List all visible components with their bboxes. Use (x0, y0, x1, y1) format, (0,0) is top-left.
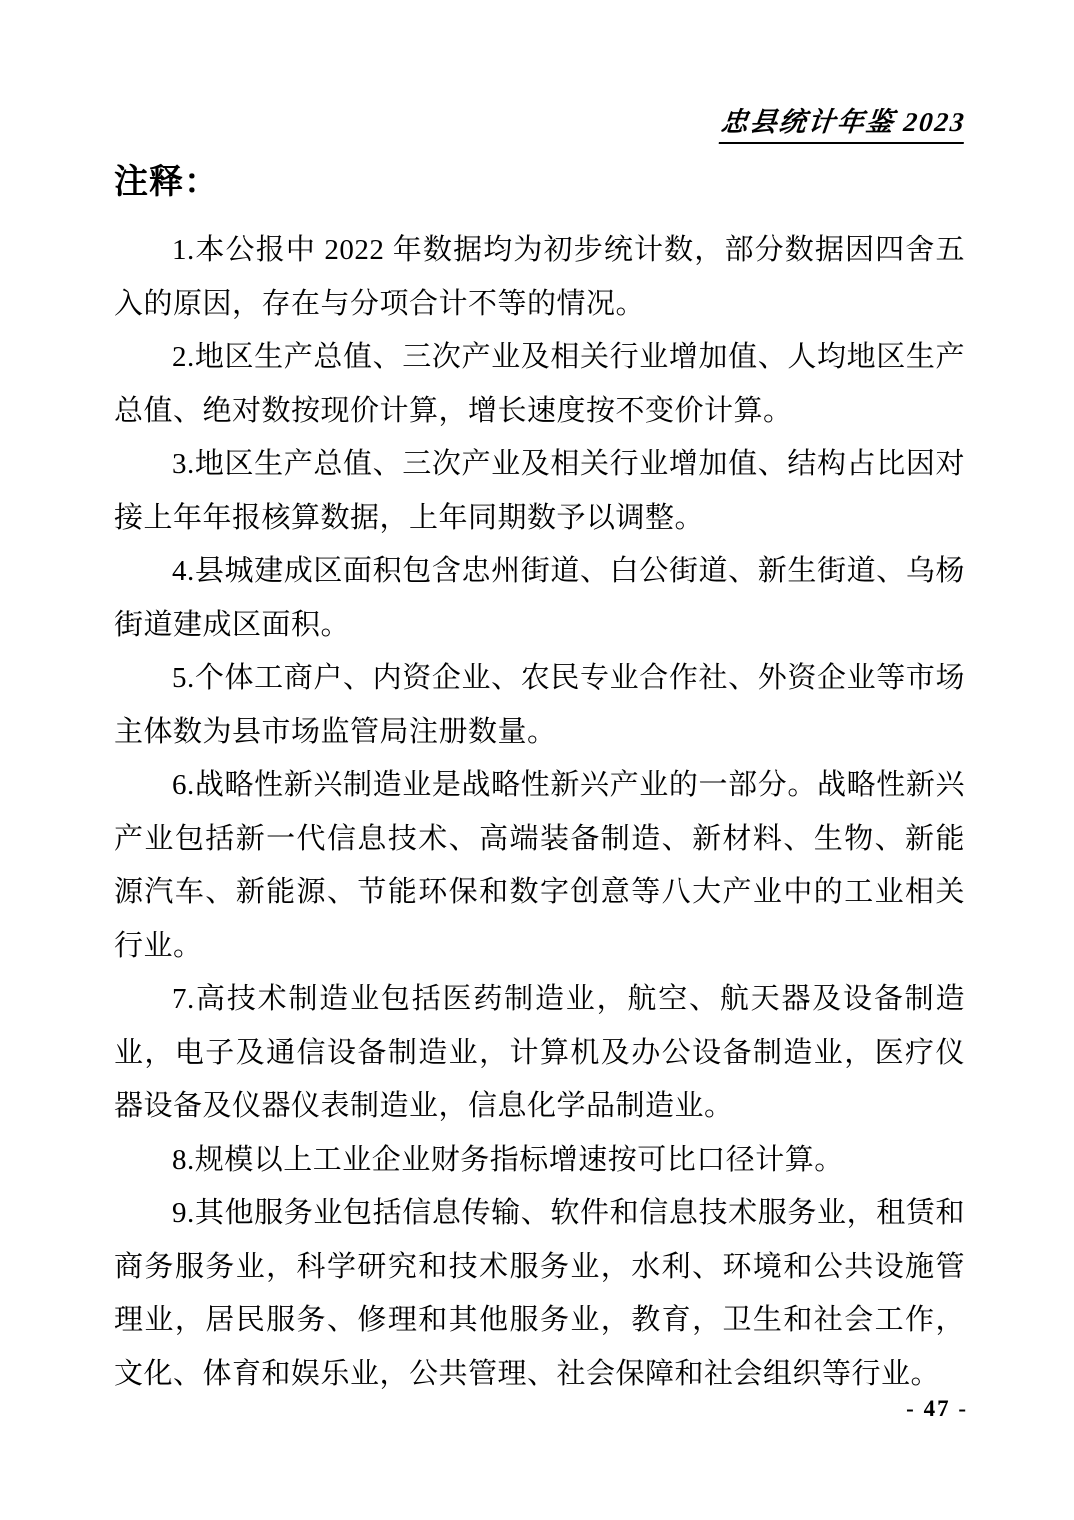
document-page: 忠县统计年鉴 2023 注释： 1.本公报中 2022 年数据均为初步统计数，部… (0, 0, 1074, 1520)
page-header: 忠县统计年鉴 2023 (721, 100, 966, 144)
note-5: 5.个体工商户、内资企业、农民专业合作社、外资企业等市场主体数为县市场监管局注册… (114, 652, 965, 759)
note-7: 7.高技术制造业包括医药制造业，航空、航天器及设备制造业，电子及通信设备制造业，… (114, 973, 965, 1134)
notes-section: 注释： 1.本公报中 2022 年数据均为初步统计数，部分数据因四舍五入的原因，… (114, 160, 965, 1401)
note-4: 4.县城建成区面积包含忠州街道、白公街道、新生街道、乌杨街道建成区面积。 (114, 545, 965, 652)
note-9: 9.其他服务业包括信息传输、软件和信息技术服务业，租赁和商务服务业，科学研究和技… (114, 1187, 965, 1401)
note-6: 6.战略性新兴制造业是战略性新兴产业的一部分。战略性新兴产业包括新一代信息技术、… (114, 759, 965, 973)
note-8: 8.规模以上工业企业财务指标增速按可比口径计算。 (114, 1134, 965, 1188)
page-number: - 47 - (906, 1396, 968, 1422)
note-2: 2.地区生产总值、三次产业及相关行业增加值、人均地区生产总值、绝对数按现价计算，… (114, 331, 965, 438)
note-1: 1.本公报中 2022 年数据均为初步统计数，部分数据因四舍五入的原因，存在与分… (114, 224, 965, 331)
section-title: 注释： (114, 160, 965, 204)
yearbook-header-title: 忠县统计年鉴 2023 (719, 100, 968, 144)
note-3: 3.地区生产总值、三次产业及相关行业增加值、结构占比因对接上年年报核算数据，上年… (114, 438, 965, 545)
